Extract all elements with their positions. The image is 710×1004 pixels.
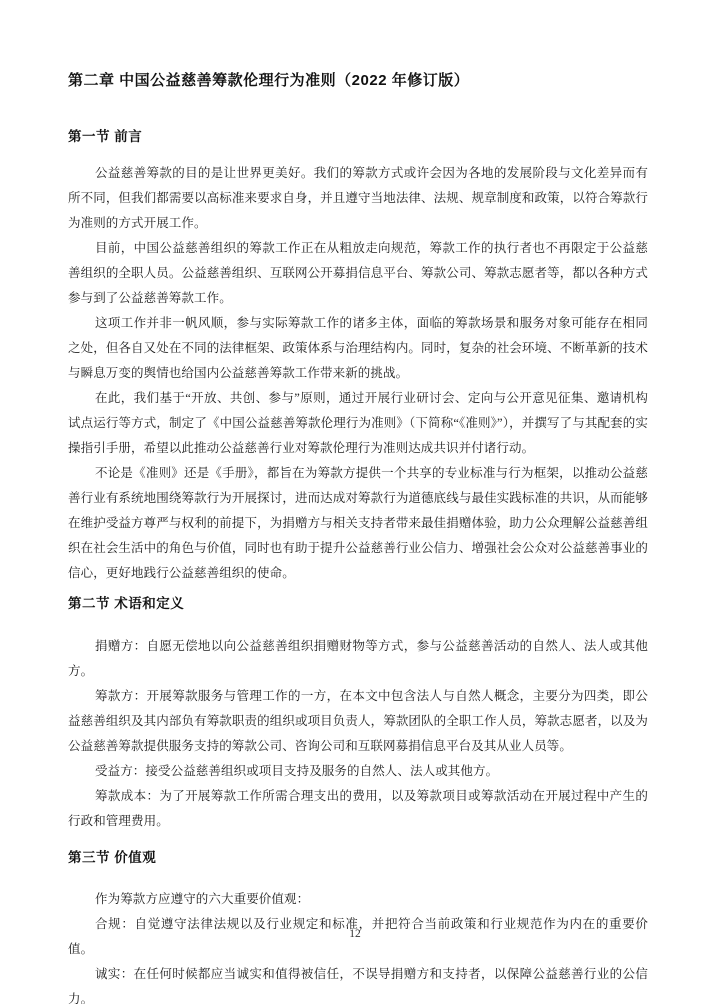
paragraph-value-honesty: 诚实：在任何时候都应当诚实和值得被信任，不误导捐赠方和支持者，以保障公益慈善行业… (68, 962, 648, 1004)
paragraph-values-intro: 作为筹款方应遵守的六大重要价值观： (68, 887, 648, 912)
chapter-title: 第二章 中国公益慈善筹款伦理行为准则（2022 年修订版） (68, 70, 648, 92)
section-values-body: 作为筹款方应遵守的六大重要价值观： 合规：自觉遵守法律法规以及行业规定和标准，并… (68, 887, 648, 1004)
section-terms-body: 捐赠方：自愿无偿地以向公益慈善组织捐赠财物等方式，参与公益慈善活动的自然人、法人… (68, 634, 648, 834)
paragraph: 公益慈善筹款的目的是让世界更美好。我们的筹款方式或许会因为各地的发展阶段与文化差… (68, 161, 648, 236)
paragraph: 目前，中国公益慈善组织的筹款工作正在从粗放走向规范，筹款工作的执行者也不再限定于… (68, 236, 648, 311)
section-heading-values: 第三节 价值观 (68, 848, 648, 868)
paragraph: 在此，我们基于“开放、共创、参与”原则，通过开展行业研讨会、定向与公开意见征集、… (68, 386, 648, 461)
document-page: 第二章 中国公益慈善筹款伦理行为准则（2022 年修订版） 第一节 前言 公益慈… (0, 0, 710, 1004)
paragraph-beneficiary-definition: 受益方：接受公益慈善组织或项目支持及服务的自然人、法人或其他方。 (68, 759, 648, 784)
section-heading-terms-definitions: 第二节 术语和定义 (68, 594, 648, 614)
section-heading-preface: 第一节 前言 (68, 127, 648, 147)
page-number: 12 (0, 927, 710, 941)
page-content: 第二章 中国公益慈善筹款伦理行为准则（2022 年修订版） 第一节 前言 公益慈… (68, 0, 648, 1004)
paragraph: 不论是《准则》还是《手册》，都旨在为筹款方提供一个共享的专业标准与行为框架，以推… (68, 461, 648, 586)
paragraph-fundraising-cost-definition: 筹款成本：为了开展筹款工作所需合理支出的费用，以及筹款项目或筹款活动在开展过程中… (68, 784, 648, 834)
paragraph: 这项工作并非一帆风顺，参与实际筹款工作的诸多主体，面临的筹款场景和服务对象可能存… (68, 311, 648, 386)
paragraph-donor-definition: 捐赠方：自愿无偿地以向公益慈善组织捐赠财物等方式，参与公益慈善活动的自然人、法人… (68, 634, 648, 684)
paragraph-fundraiser-definition: 筹款方：开展筹款服务与管理工作的一方，在本文中包含法人与自然人概念，主要分为四类… (68, 684, 648, 759)
section-preface-body: 公益慈善筹款的目的是让世界更美好。我们的筹款方式或许会因为各地的发展阶段与文化差… (68, 161, 648, 586)
